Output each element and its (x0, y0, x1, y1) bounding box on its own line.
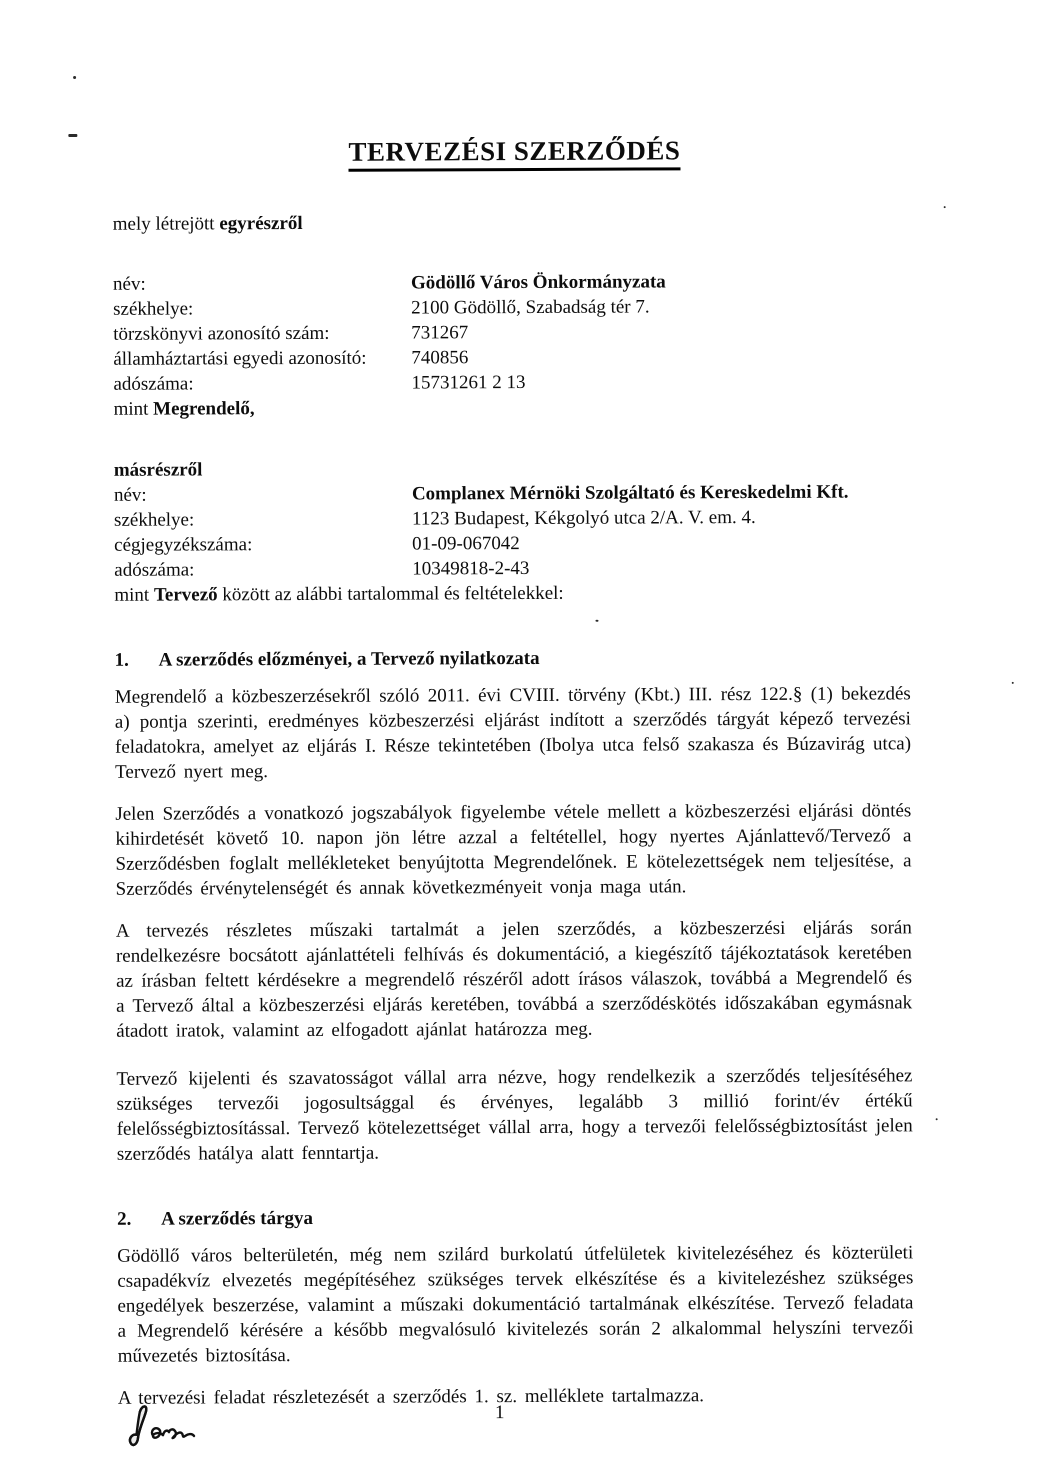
field-label: adószáma: (113, 371, 411, 397)
connector-line: másrészről (114, 454, 910, 482)
page-number: 1 (495, 1402, 505, 1424)
preamble-bold: egyrészről (219, 213, 302, 234)
field-row: adószáma: 10349818-2-43 (114, 554, 910, 582)
field-row: törzskönyvi azonosító szám: 731267 (113, 318, 909, 346)
field-label: adószáma: (114, 557, 412, 583)
paragraph: Megrendelő a közbeszerzésekről szóló 201… (115, 681, 911, 784)
section-number: 2. (117, 1207, 161, 1232)
field-row: adószáma: 15731261 2 13 (113, 368, 909, 396)
field-label: székhelye: (113, 296, 411, 322)
field-value: 2100 Gödöllő, Szabadság tér 7. (411, 293, 909, 320)
field-row: székhelye: 2100 Gödöllő, Szabadság tér 7… (113, 293, 909, 321)
party1-block: név: Gödöllő Város Önkormányzata székhel… (113, 268, 910, 421)
field-row: államháztartási egyedi azonosító: 740856 (113, 343, 909, 371)
scan-speck (1012, 682, 1014, 684)
field-row: név: Complanex Mérnöki Szolgáltató és Ke… (114, 479, 910, 507)
field-value: 731267 (411, 318, 909, 345)
paragraph: A tervezés részletes műszaki tartalmát a… (116, 915, 913, 1043)
scan-speck (944, 206, 946, 208)
field-label: cégjegyzékszáma: (114, 532, 412, 558)
scan-speck (68, 134, 77, 137)
scanned-contract-page: TERVEZÉSI SZERZŐDÉS mely létrejött egyré… (0, 0, 1058, 1484)
section-heading: 2. A szerződés tárgya (117, 1203, 913, 1231)
field-value: 01-09-067042 (412, 529, 910, 556)
section-title: A szerződés tárgya (161, 1206, 313, 1232)
scan-speck (936, 1118, 938, 1120)
field-value: 1123 Budapest, Kékgolyó utca 2/A. V. em.… (412, 504, 910, 531)
section-2: 2. A szerződés tárgya Gödöllő város belt… (117, 1203, 914, 1410)
field-row: székhelye: 1123 Budapest, Kékgolyó utca … (114, 504, 910, 532)
scan-speck (73, 76, 76, 79)
party2-block: név: Complanex Mérnöki Szolgáltató és Ke… (114, 479, 911, 607)
closing-bold: Tervező (154, 584, 218, 605)
field-label: államháztartási egyedi azonosító: (113, 346, 411, 372)
field-value: Gödöllő Város Önkormányzata (411, 268, 909, 295)
field-row: név: Gödöllő Város Önkormányzata (113, 268, 909, 296)
section-number: 1. (115, 648, 159, 673)
field-value: 740856 (411, 343, 909, 370)
closing-bold: Megrendelő, (153, 398, 255, 419)
handwritten-signature (123, 1399, 207, 1453)
document-title: TERVEZÉSI SZERZŐDÉS (348, 135, 680, 171)
closing-text: mint (114, 585, 154, 606)
field-label: székhelye: (114, 507, 412, 533)
field-label: név: (114, 482, 412, 508)
section-1: 1. A szerződés előzményei, a Tervező nyi… (115, 644, 913, 1166)
paragraph: A tervezési feladat részletezését a szer… (118, 1382, 914, 1410)
field-label: törzskönyvi azonosító szám: (113, 321, 411, 347)
field-value: Complanex Mérnöki Szolgáltató és Kereske… (412, 479, 910, 506)
party2-closing: mint Tervező között az alábbi tartalomma… (114, 579, 910, 607)
document-body: mely létrejött egyrészről név: Gödöllő V… (113, 208, 914, 1410)
title-row: TERVEZÉSI SZERZŐDÉS (0, 134, 1032, 174)
paragraph: Tervező kijelenti és szavatosságot válla… (116, 1063, 912, 1166)
preamble-text: mely létrejött (113, 213, 220, 234)
preamble-line: mely létrejött egyrészről (113, 208, 909, 236)
closing-text: mint (113, 399, 153, 420)
party1-closing: mint Megrendelő, (113, 393, 909, 421)
field-row: cégjegyzékszáma: 01-09-067042 (114, 529, 910, 557)
field-value: 10349818-2-43 (412, 554, 910, 581)
section-title: A szerződés előzményei, a Tervező nyilat… (159, 646, 540, 673)
field-value: 15731261 2 13 (411, 368, 909, 395)
field-label: név: (113, 271, 411, 297)
closing-text: között az alábbi tartalommal és feltétel… (218, 583, 564, 606)
page-content: TERVEZÉSI SZERZŐDÉS mely létrejött egyré… (0, 0, 1058, 1484)
section-heading: 1. A szerződés előzményei, a Tervező nyi… (115, 644, 911, 672)
paragraph: Gödöllő város belterületén, még nem szil… (117, 1240, 914, 1368)
paragraph: Jelen Szerződés a vonatkozó jogszabályok… (115, 798, 911, 901)
